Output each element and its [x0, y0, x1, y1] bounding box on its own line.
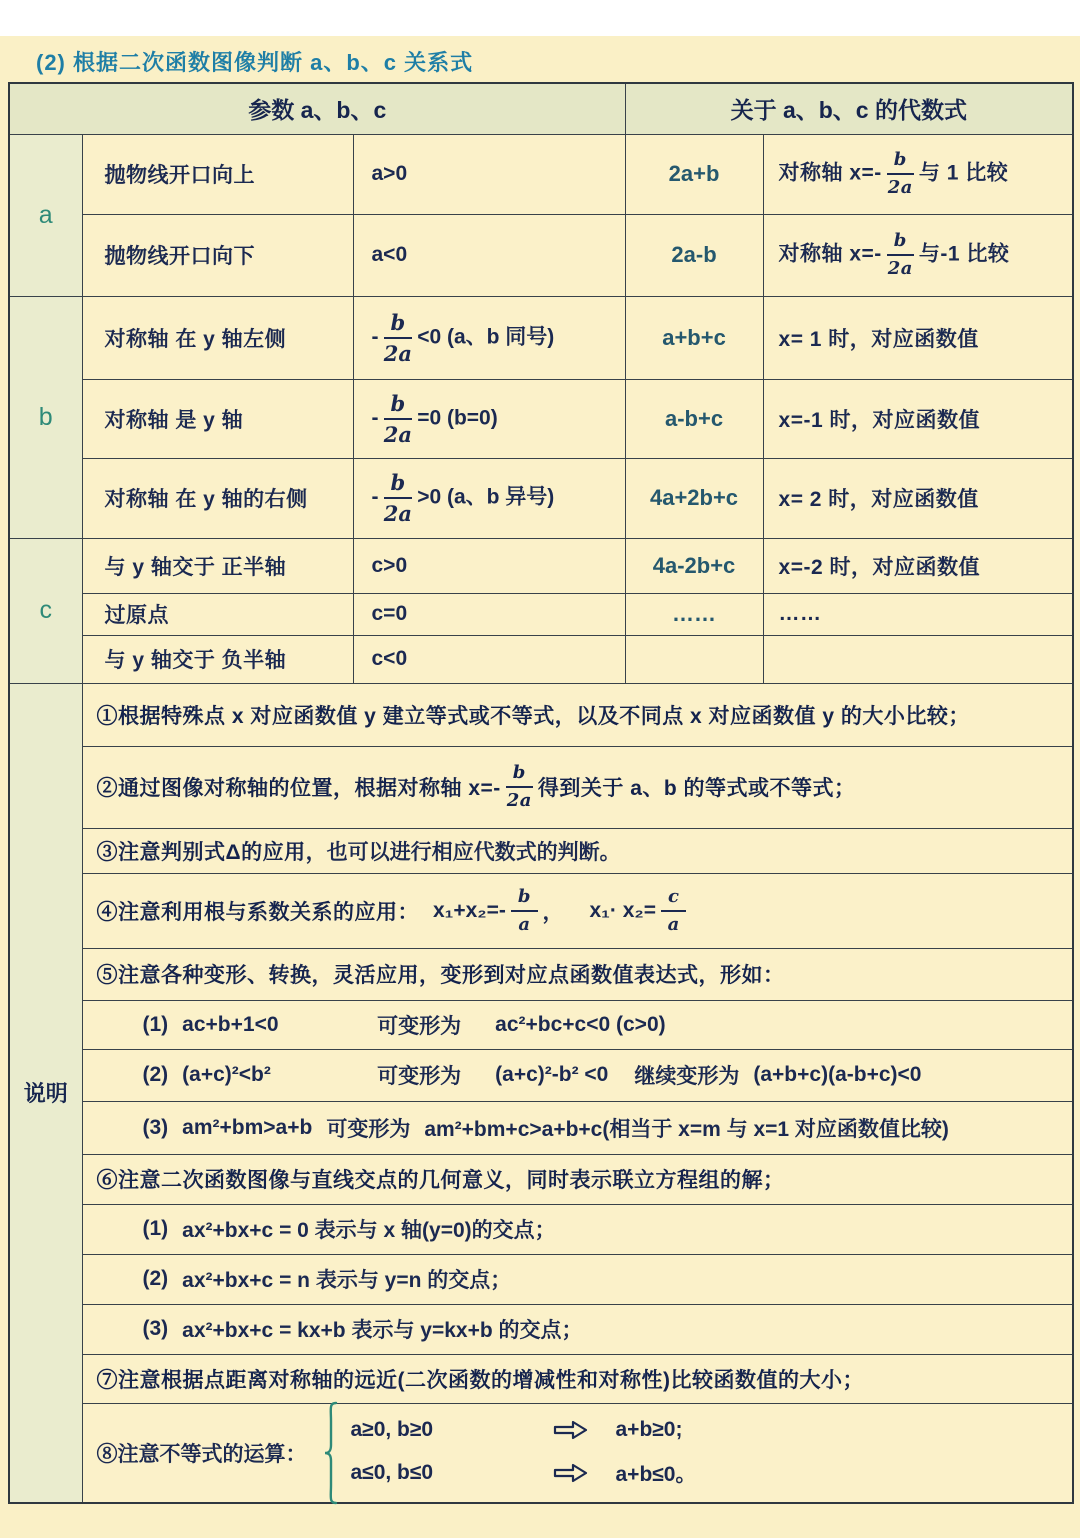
- fraction: b2a: [887, 151, 914, 197]
- implies-arrow-icon: [552, 1461, 590, 1485]
- notes-content: ①根据特殊点 x 对应函数值 y 建立等式或不等式，以及不同点 x 对应函数值 …: [82, 683, 1073, 1503]
- table-row: c 与 y 轴交于 正半轴 c>0 4a-2b+c x=-2 时，对应函数值: [9, 538, 1073, 593]
- item-number: (1): [143, 1217, 169, 1241]
- item-right: (a+c)²-b² <0: [495, 1063, 608, 1087]
- inequality-line: a≤0, b≤0 a+b≤0。: [351, 1458, 697, 1488]
- note-cell: x= 1 时，对应函数值: [763, 296, 1073, 379]
- relations-table: 参数 a、b、c 关于 a、b、c 的代数式 a 抛物线开口向上 a>0 2a+…: [8, 82, 1074, 1504]
- item-left: am²+bm>a+b: [182, 1116, 312, 1140]
- item-mid: 可变形为: [326, 1113, 410, 1143]
- note-suffix: 与 1 比较: [919, 162, 1008, 185]
- cond-cell: c>0: [353, 538, 625, 593]
- cond-prefix: -: [372, 486, 379, 509]
- top-margin: [0, 0, 1080, 36]
- note-4-formula2: x₁· x₂=: [590, 899, 656, 923]
- note-3-bold: ③注意判别式Δ的应用: [97, 836, 306, 866]
- expr-cell: [625, 635, 763, 683]
- left-brace-icon: [321, 1401, 341, 1505]
- group-label-b: b: [9, 296, 82, 538]
- desc-cell: 对称轴 在 y 轴的右侧: [82, 458, 353, 538]
- expr-cell: a+b+c: [625, 296, 763, 379]
- item-text: ax²+bx+c = n 表示与 y=n 的交点；: [182, 1264, 511, 1294]
- note-suffix: 与-1 比较: [919, 243, 1010, 266]
- item-left: ac+b+1<0: [182, 1013, 377, 1037]
- item-right2: (a+b+c)(a-b+c)<0: [753, 1063, 921, 1087]
- note-4-bold: ④注意利用根与系数关系的应用：: [97, 896, 420, 926]
- expr-cell: 2a+b: [625, 134, 763, 214]
- item-mid: 可变形为: [377, 1060, 461, 1090]
- header-parameters: 参数 a、b、c: [9, 83, 625, 134]
- table-row: 过原点 c=0 …… ……: [9, 593, 1073, 635]
- inequality-lines: a≥0, b≥0 a+b≥0; a≤0, b≤0: [351, 1418, 697, 1488]
- item-text: ax²+bx+c = 0 表示与 x 轴(y=0)的交点；: [182, 1214, 555, 1244]
- note-5-item: (3) am²+bm>a+b 可变形为 am²+bm+c>a+b+c(相当于 x…: [83, 1102, 1073, 1155]
- note-6-item: (2) ax²+bx+c = n 表示与 y=n 的交点；: [83, 1255, 1073, 1305]
- note-3: ③注意判别式Δ的应用，也可以进行相应代数式的判断。: [83, 829, 1073, 874]
- expr-cell: 4a+2b+c: [625, 458, 763, 538]
- table-row: b 对称轴 在 y 轴左侧 -b2a<0 (a、b 同号) a+b+c x= 1…: [9, 296, 1073, 379]
- item-number: (3): [143, 1116, 169, 1140]
- item-number: (2): [143, 1267, 169, 1291]
- inequality-result: a+b≤0。: [616, 1458, 697, 1488]
- cond-cell: a<0: [353, 214, 625, 296]
- cond-prefix: -: [372, 325, 379, 348]
- item-right: ac²+bc+c<0 (c>0): [495, 1013, 665, 1037]
- item-number: (2): [143, 1063, 169, 1087]
- desc-cell: 与 y 轴交于 负半轴: [82, 635, 353, 683]
- inequality-block: ⑧注意不等式的运算： a≥0, b≥0 a+b≥0;: [97, 1401, 697, 1505]
- desc-cell: 过原点: [82, 593, 353, 635]
- inequality-condition: a≤0, b≤0: [351, 1461, 526, 1485]
- item-right: am²+bm+c>a+b+c(相当于 x=m 与 x=1 对应函数值比较): [424, 1113, 949, 1143]
- desc-cell: 抛物线开口向下: [82, 214, 353, 296]
- item-mid2: 继续变形为: [634, 1060, 739, 1090]
- fraction: b2a: [506, 764, 533, 810]
- note-6-item: (1) ax²+bx+c = 0 表示与 x 轴(y=0)的交点；: [83, 1205, 1073, 1255]
- note-8: ⑧注意不等式的运算： a≥0, b≥0 a+b≥0;: [83, 1404, 1073, 1502]
- note-cell: ……: [763, 593, 1073, 635]
- table-row: 对称轴 是 y 轴 -b2a=0 (b=0) a-b+c x=-1 时，对应函数…: [9, 379, 1073, 458]
- note-5: ⑤注意各种变形、转换，灵活应用，变形到对应点函数值表达式，形如：: [83, 949, 1073, 1001]
- expr-cell: 4a-2b+c: [625, 538, 763, 593]
- table-row: 抛物线开口向下 a<0 2a-b 对称轴 x=-b2a与-1 比较: [9, 214, 1073, 296]
- desc-cell: 对称轴 在 y 轴左侧: [82, 296, 353, 379]
- desc-cell: 对称轴 是 y 轴: [82, 379, 353, 458]
- cond-suffix: >0 (a、b 异号): [417, 486, 554, 509]
- inequality-line: a≥0, b≥0 a+b≥0;: [351, 1418, 697, 1442]
- cond-cell: -b2a=0 (b=0): [353, 379, 625, 458]
- item-text: ax²+bx+c = kx+b 表示与 y=kx+b 的交点；: [182, 1314, 582, 1344]
- fraction: b2a: [384, 312, 413, 364]
- cond-cell: c<0: [353, 635, 625, 683]
- fraction: ba: [511, 888, 538, 934]
- note-cell: 对称轴 x=-b2a与 1 比较: [763, 134, 1073, 214]
- table-row: a 抛物线开口向上 a>0 2a+b 对称轴 x=-b2a与 1 比较: [9, 134, 1073, 214]
- header-expressions: 关于 a、b、c 的代数式: [625, 83, 1073, 134]
- group-label-a: a: [9, 134, 82, 296]
- desc-cell: 与 y 轴交于 正半轴: [82, 538, 353, 593]
- note-6: ⑥注意二次函数图像与直线交点的几何意义，同时表示联立方程组的解；: [83, 1155, 1073, 1205]
- note-prefix: 对称轴 x=-: [779, 243, 882, 266]
- note-4-formula1: x₁+x₂=-: [433, 899, 506, 923]
- note-4-comma: ，: [543, 896, 564, 926]
- fraction: ca: [661, 888, 686, 934]
- item-left: (a+c)²<b²: [182, 1063, 377, 1087]
- expr-cell: ……: [625, 593, 763, 635]
- note-3-rest: ，也可以进行相应代数式的判断。: [306, 836, 621, 866]
- fraction: b2a: [384, 472, 413, 524]
- page-title: (2) 根据二次函数图像判断 a、b、c 关系式: [36, 46, 473, 77]
- table-header-row: 参数 a、b、c 关于 a、b、c 的代数式: [9, 83, 1073, 134]
- note-6-item: (3) ax²+bx+c = kx+b 表示与 y=kx+b 的交点；: [83, 1305, 1073, 1355]
- note-prefix: 对称轴 x=-: [779, 162, 882, 185]
- note-2: ②通过图像对称轴的位置，根据对称轴 x=-b2a得到关于 a、b 的等式或不等式…: [83, 747, 1073, 829]
- notes-section-row: 说明 ①根据特殊点 x 对应函数值 y 建立等式或不等式，以及不同点 x 对应函…: [9, 683, 1073, 1503]
- notes-label: 说明: [9, 683, 82, 1503]
- cond-cell: -b2a<0 (a、b 同号): [353, 296, 625, 379]
- expr-cell: a-b+c: [625, 379, 763, 458]
- note-5-item: (2) (a+c)²<b² 可变形为 (a+c)²-b² <0 继续变形为 (a…: [83, 1050, 1073, 1102]
- expr-cell: 2a-b: [625, 214, 763, 296]
- group-label-c: c: [9, 538, 82, 683]
- item-mid: 可变形为: [377, 1010, 461, 1040]
- fraction: b2a: [887, 232, 914, 278]
- note-5-item: (1) ac+b+1<0 可变形为 ac²+bc+c<0 (c>0): [83, 1001, 1073, 1050]
- cond-cell: -b2a>0 (a、b 异号): [353, 458, 625, 538]
- note-4: ④注意利用根与系数关系的应用： x₁+x₂=-ba ， x₁· x₂=ca: [83, 874, 1073, 949]
- note-2-prefix: ②通过图像对称轴的位置，根据对称轴 x=-: [97, 772, 501, 802]
- note-2-suffix: 得到关于 a、b 的等式或不等式；: [538, 772, 856, 802]
- table-row: 对称轴 在 y 轴的右侧 -b2a>0 (a、b 异号) 4a+2b+c x= …: [9, 458, 1073, 538]
- implies-arrow-icon: [552, 1418, 590, 1442]
- note-cell: x= 2 时，对应函数值: [763, 458, 1073, 538]
- note-1: ①根据特殊点 x 对应函数值 y 建立等式或不等式，以及不同点 x 对应函数值 …: [83, 684, 1073, 747]
- cond-suffix: =0 (b=0): [417, 406, 498, 429]
- cond-cell: c=0: [353, 593, 625, 635]
- note-cell: x=-1 时，对应函数值: [763, 379, 1073, 458]
- inequality-result: a+b≥0;: [616, 1418, 683, 1442]
- cond-suffix: <0 (a、b 同号): [417, 325, 554, 348]
- item-number: (3): [143, 1317, 169, 1341]
- item-number: (1): [143, 1013, 169, 1037]
- inequality-condition: a≥0, b≥0: [351, 1418, 526, 1442]
- desc-cell: 抛物线开口向上: [82, 134, 353, 214]
- note-cell: 对称轴 x=-b2a与-1 比较: [763, 214, 1073, 296]
- note-cell: x=-2 时，对应函数值: [763, 538, 1073, 593]
- cond-prefix: -: [372, 406, 379, 429]
- note-8-label: ⑧注意不等式的运算：: [97, 1438, 307, 1468]
- note-cell: [763, 635, 1073, 683]
- fraction: b2a: [384, 393, 413, 445]
- note-7: ⑦注意根据点距离对称轴的远近(二次函数的增减性和对称性)比较函数值的大小；: [83, 1355, 1073, 1404]
- table-row: 与 y 轴交于 负半轴 c<0: [9, 635, 1073, 683]
- cond-cell: a>0: [353, 134, 625, 214]
